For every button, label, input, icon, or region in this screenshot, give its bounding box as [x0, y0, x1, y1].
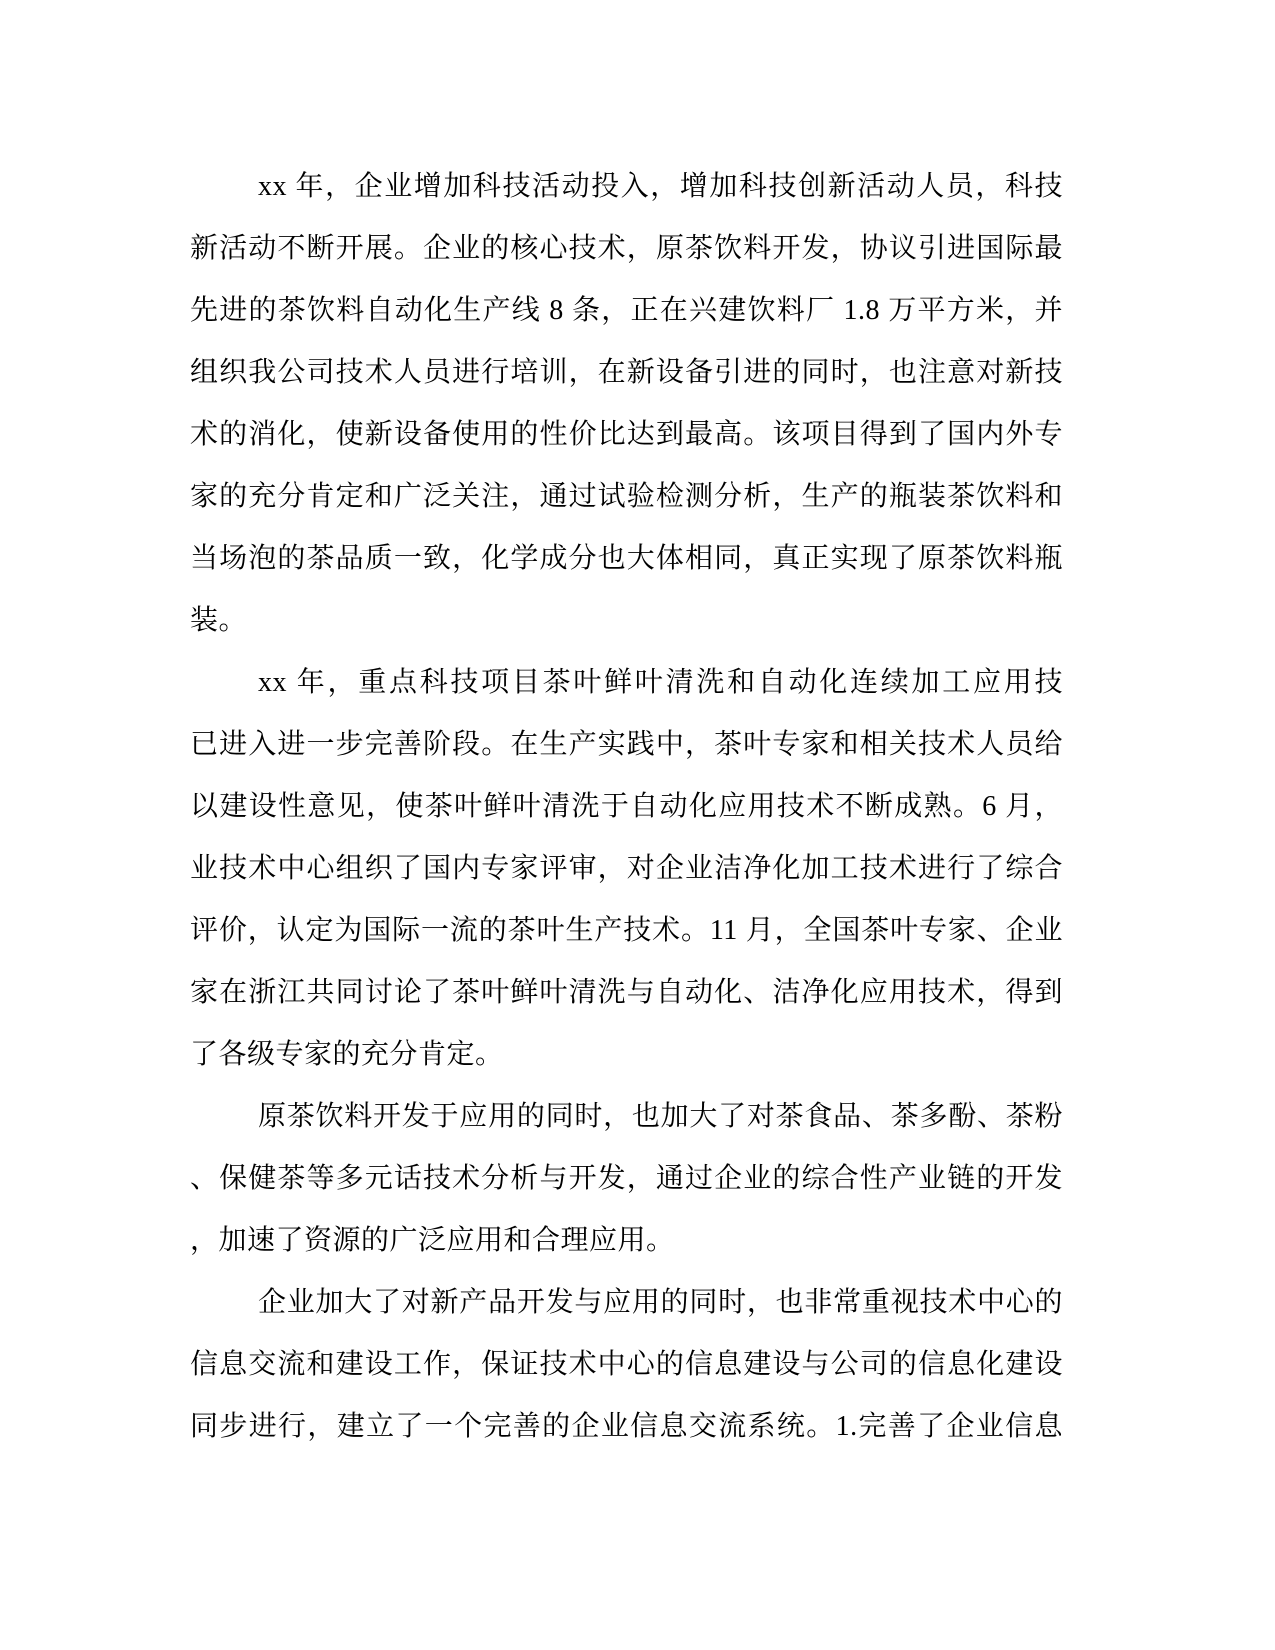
- document-body: xx 年，企业增加科技活动投入，增加科技创新活动人员，科技创新活动不断开展。企业…: [190, 156, 1063, 1458]
- paragraph: 原茶饮料开发于应用的同时，也加大了对茶食品、茶多酚、茶粉、保健茶等多元话技术分析…: [190, 1086, 1063, 1272]
- paragraph: xx 年，企业增加科技活动投入，增加科技创新活动人员，科技创新活动不断开展。企业…: [190, 156, 1063, 652]
- text-line: 企业加大了对新产品开发与应用的同时，也非常重视技术中心的: [190, 1272, 1063, 1334]
- text-line: xx 年，重点科技项目茶叶鲜叶清洗和自动化连续加工应用技术，: [190, 652, 1063, 714]
- text-line: ，加速了资源的广泛应用和合理应用。: [190, 1210, 1063, 1272]
- text-line: 当场泡的茶品质一致，化学成分也大体相同，真正实现了原茶饮料瓶: [190, 528, 1063, 590]
- paragraph: xx 年，重点科技项目茶叶鲜叶清洗和自动化连续加工应用技术，已进入进一步完善阶段…: [190, 652, 1063, 1086]
- text-line: 、保健茶等多元话技术分析与开发，通过企业的综合性产业链的开发: [190, 1148, 1063, 1210]
- text-line: 新活动不断开展。企业的核心技术，原茶饮料开发，协议引进国际最: [190, 218, 1063, 280]
- text-line: 术的消化，使新设备使用的性价比达到最高。该项目得到了国内外专: [190, 404, 1063, 466]
- text-line: 家的充分肯定和广泛关注，通过试验检测分析，生产的瓶装茶饮料和: [190, 466, 1063, 528]
- text-line: 业技术中心组织了国内专家评审，对企业洁净化加工技术进行了综合: [190, 838, 1063, 900]
- text-line: 原茶饮料开发于应用的同时，也加大了对茶食品、茶多酚、茶粉: [190, 1086, 1063, 1148]
- text-line: 以建设性意见，使茶叶鲜叶清洗于自动化应用技术不断成熟。6 月，企: [190, 776, 1063, 838]
- text-line: 了各级专家的充分肯定。: [190, 1024, 1063, 1086]
- text-line: 家在浙江共同讨论了茶叶鲜叶清洗与自动化、洁净化应用技术，得到: [190, 962, 1063, 1024]
- text-line: 信息交流和建设工作，保证技术中心的信息建设与公司的信息化建设: [190, 1334, 1063, 1396]
- text-line: 先进的茶饮料自动化生产线 8 条，正在兴建饮料厂 1.8 万平方米，并且: [190, 280, 1063, 342]
- document-page: xx 年，企业增加科技活动投入，增加科技创新活动人员，科技创新活动不断开展。企业…: [0, 0, 1275, 1650]
- text-line: 同步进行，建立了一个完善的企业信息交流系统。1.完善了企业信息交: [190, 1396, 1063, 1458]
- text-line: 装。: [190, 590, 1063, 652]
- text-line: xx 年，企业增加科技活动投入，增加科技创新活动人员，科技创: [190, 156, 1063, 218]
- text-line: 组织我公司技术人员进行培训，在新设备引进的同时，也注意对新技: [190, 342, 1063, 404]
- text-line: 已进入进一步完善阶段。在生产实践中，茶叶专家和相关技术人员给: [190, 714, 1063, 776]
- text-line: 评价，认定为国际一流的茶叶生产技术。11 月，全国茶叶专家、企业: [190, 900, 1063, 962]
- paragraph: 企业加大了对新产品开发与应用的同时，也非常重视技术中心的信息交流和建设工作，保证…: [190, 1272, 1063, 1458]
